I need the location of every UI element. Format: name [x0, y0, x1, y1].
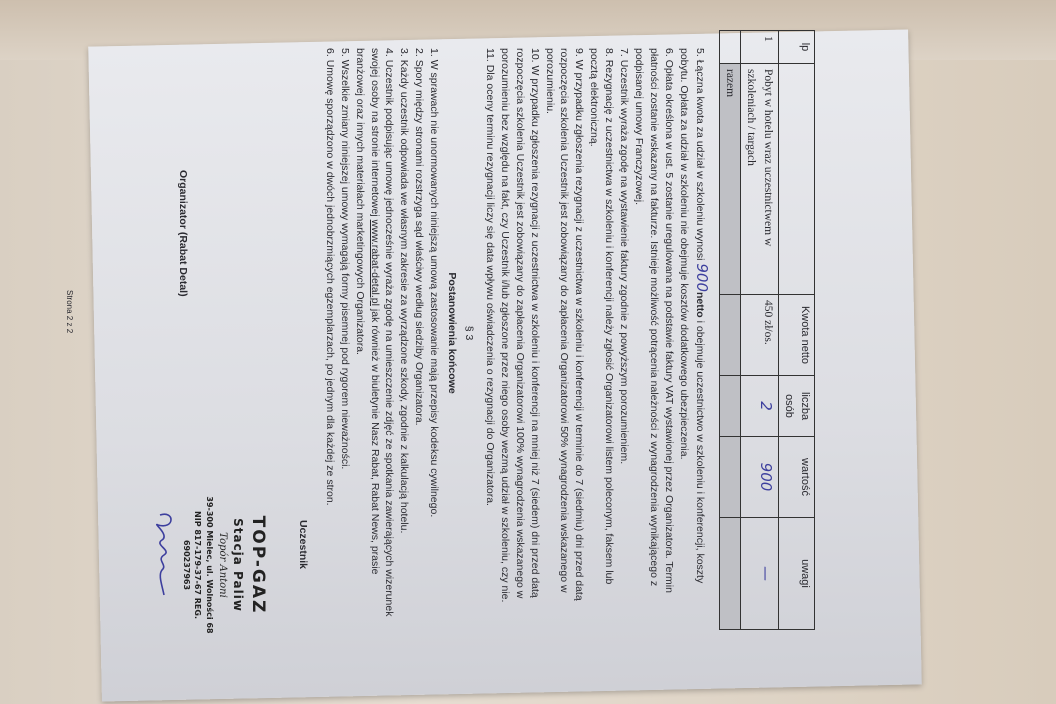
header-liczba-osob: liczba osób — [778, 376, 814, 437]
clause-6: 6. Opłata określona w ust. 5 zostanie ur… — [631, 48, 676, 618]
clauses-list-a: 5. Łączna kwota za udział w szkoleniu wy… — [482, 48, 712, 618]
final-clause-5: 5. Wszelkie zmiany niniejszej umowy wyma… — [337, 48, 352, 618]
section-title: Postanowienia końcowe — [444, 48, 459, 618]
clause-8: 8. Rezygnację z uczestnictwa w szkoleniu… — [586, 48, 616, 618]
table-total-row: razem — [719, 31, 740, 630]
header-lp: lp — [778, 31, 814, 64]
cell-uwagi: — — [741, 518, 779, 630]
organizer-signature-label: Organizator (Rabat Detal) — [175, 170, 190, 297]
final-clause-2: 2. Spory między stronami rozstrzyga sąd … — [411, 48, 426, 618]
table-header-row: lp Kwota netto liczba osób wartość uwagi — [778, 31, 814, 630]
section-number: § 3 — [461, 48, 476, 618]
header-description — [778, 64, 814, 295]
final-clause-1: 1. W sprawach nie unormowanych niniejszą… — [426, 48, 441, 618]
cell-lp — [719, 31, 740, 64]
clauses-list-b: 1. W sprawach nie unormowanych niniejszą… — [322, 48, 441, 618]
cell-kwota — [719, 295, 740, 376]
pricing-table: lp Kwota netto liczba osób wartość uwagi… — [719, 30, 815, 630]
clause-9: 9. W przypadku zgłoszenia rezygnacji z u… — [542, 48, 587, 618]
cell-total-label: razem — [719, 64, 740, 295]
header-uwagi: uwagi — [778, 518, 814, 630]
final-clause-3: 3. Każdy uczestnik odpowiada we własnym … — [396, 48, 411, 618]
final-clause-4: 4. Uczestnik podpisując umowę jednocześn… — [352, 48, 397, 618]
cell-liczba: 2 — [741, 376, 779, 437]
document-page: lp Kwota netto liczba osób wartość uwagi… — [50, 20, 830, 640]
page-number: Strona 2 z 2 — [64, 290, 75, 333]
cell-wartosc: 900 — [741, 437, 779, 518]
cell-liczba — [719, 376, 740, 437]
clause-10: 10. W przypadku zgłoszenia rezygnacji z … — [497, 48, 542, 618]
cell-kwota: 450 zł/os. — [741, 295, 779, 376]
clause-5: 5. Łączna kwota za udział w szkoleniu wy… — [676, 48, 712, 618]
clause-7: 7. Uczestnik wyraża zgodę na wystawienie… — [616, 48, 631, 618]
cell-wartosc — [719, 437, 740, 518]
header-kwota-netto: Kwota netto — [778, 295, 814, 376]
table-row: 1 Pobyt w hotelu wraz uczestnictwem w sz… — [741, 31, 779, 630]
final-clause-6: 6. Umowę sporządzono w dwóch jednobrzmią… — [322, 48, 337, 618]
handwritten-signature-icon — [150, 510, 180, 600]
clause-11: 11. Dla oceny terminu rezygnacji liczy s… — [482, 48, 497, 618]
cell-description: Pobyt w hotelu wraz uczestnictwem w szko… — [741, 64, 779, 295]
company-stamp: TOP-GAZ Stacja Paliw Topór Antoni 39-300… — [181, 490, 270, 640]
participant-signature-label: Uczestnik — [295, 520, 310, 569]
header-wartosc: wartość — [778, 437, 814, 518]
cell-uwagi — [719, 518, 740, 630]
handwritten-amount: 900 — [693, 263, 711, 292]
cell-lp: 1 — [741, 31, 779, 64]
website-link[interactable]: www.rabat-detal.pl — [369, 220, 381, 306]
contract-body: 5. Łączna kwota za udział w szkoleniu wy… — [322, 48, 712, 618]
